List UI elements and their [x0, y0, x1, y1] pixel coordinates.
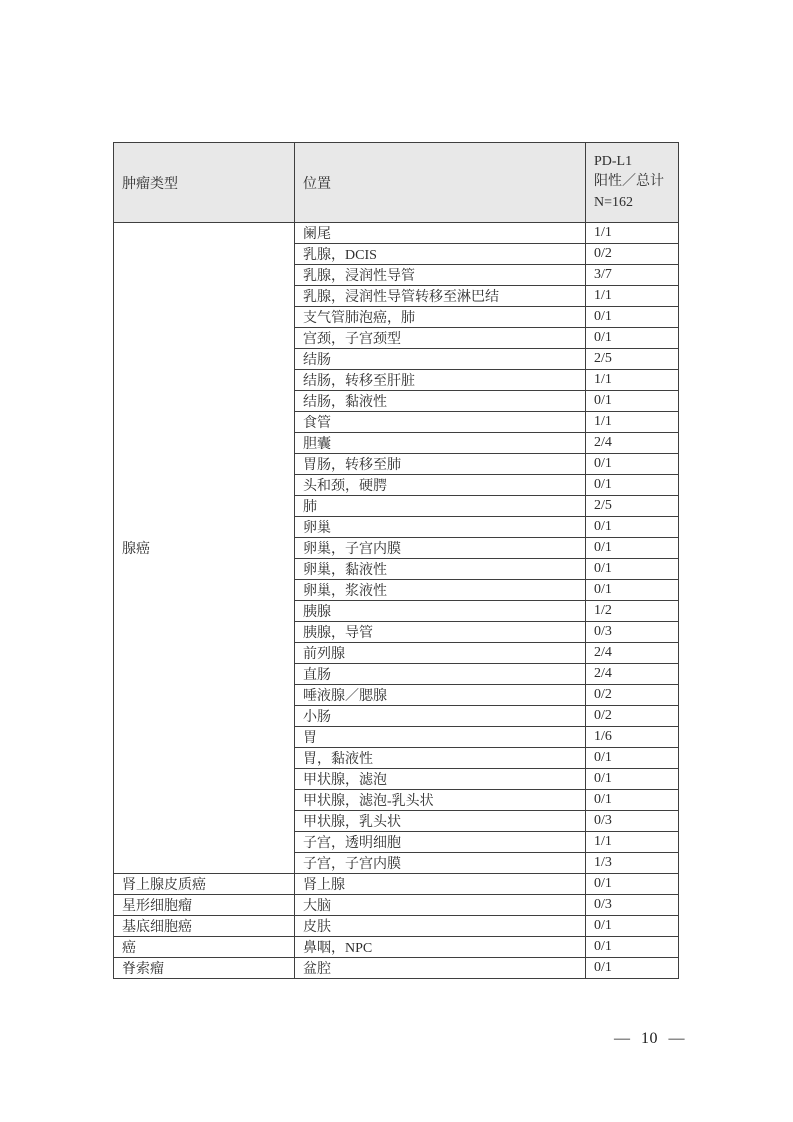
pdl1-ratio-cell: 2/4	[586, 643, 679, 664]
location-cell: 胆囊	[295, 433, 586, 454]
table-row: 基底细胞癌皮肤0/1	[114, 916, 679, 937]
pdl1-ratio-cell: 0/1	[586, 748, 679, 769]
location-cell: 胃肠，转移至肺	[295, 454, 586, 475]
pdl1-ratio-cell: 0/2	[586, 706, 679, 727]
pdl1-ratio-cell: 1/1	[586, 370, 679, 391]
location-cell: 阑尾	[295, 223, 586, 244]
location-cell: 卵巢，黏液性	[295, 559, 586, 580]
pdl1-ratio-cell: 2/5	[586, 496, 679, 517]
pdl1-ratio-cell: 0/1	[586, 580, 679, 601]
location-cell: 胃	[295, 727, 586, 748]
pdl1-ratio-cell: 1/1	[586, 832, 679, 853]
pdl1-ratio-cell: 3/7	[586, 265, 679, 286]
location-cell: 胃，黏液性	[295, 748, 586, 769]
pdl1-ratio-cell: 2/4	[586, 664, 679, 685]
location-cell: 前列腺	[295, 643, 586, 664]
table-body: 腺癌阑尾1/1乳腺，DCIS0/2乳腺，浸润性导管3/7乳腺，浸润性导管转移至淋…	[114, 223, 679, 979]
location-cell: 乳腺，DCIS	[295, 244, 586, 265]
location-cell: 小肠	[295, 706, 586, 727]
tumor-type-cell: 癌	[114, 937, 295, 958]
location-cell: 子宫，子宫内膜	[295, 853, 586, 874]
pdl1-ratio-cell: 1/1	[586, 412, 679, 433]
location-cell: 肺	[295, 496, 586, 517]
location-cell: 鼻咽，NPC	[295, 937, 586, 958]
document-page: 肿瘤类型 位置 PD-L1 阳性／总计 N=162 腺癌阑尾1/1乳腺，DCIS…	[0, 0, 793, 1122]
tumor-type-cell: 肾上腺皮质癌	[114, 874, 295, 895]
location-cell: 胰腺	[295, 601, 586, 622]
pdl1-ratio-cell: 0/1	[586, 391, 679, 412]
pdl1-ratio-cell: 2/4	[586, 433, 679, 454]
location-cell: 唾液腺／腮腺	[295, 685, 586, 706]
pdl1-ratio-cell: 0/1	[586, 559, 679, 580]
pdl1-results-table: 肿瘤类型 位置 PD-L1 阳性／总计 N=162 腺癌阑尾1/1乳腺，DCIS…	[113, 142, 679, 979]
pdl1-ratio-cell: 0/3	[586, 622, 679, 643]
pdl1-ratio-cell: 0/1	[586, 517, 679, 538]
pdl1-ratio-cell: 0/1	[586, 916, 679, 937]
location-cell: 甲状腺，滤泡-乳头状	[295, 790, 586, 811]
col-header-location: 位置	[295, 143, 586, 223]
location-cell: 结肠，转移至肝脏	[295, 370, 586, 391]
table-row: 癌鼻咽，NPC0/1	[114, 937, 679, 958]
pdl1-ratio-cell: 0/1	[586, 958, 679, 979]
page-number: — 10 —	[614, 1030, 685, 1048]
header-row: 肿瘤类型 位置 PD-L1 阳性／总计 N=162	[114, 143, 679, 223]
table-header: 肿瘤类型 位置 PD-L1 阳性／总计 N=162	[114, 143, 679, 223]
location-cell: 乳腺，浸润性导管转移至淋巴结	[295, 286, 586, 307]
pdl1-ratio-cell: 0/1	[586, 874, 679, 895]
pdl1-ratio-cell: 1/2	[586, 601, 679, 622]
col-header-pdl1-ratio: PD-L1 阳性／总计 N=162	[586, 143, 679, 223]
location-cell: 子宫，透明细胞	[295, 832, 586, 853]
location-cell: 胰腺，导管	[295, 622, 586, 643]
location-cell: 结肠，黏液性	[295, 391, 586, 412]
location-cell: 食管	[295, 412, 586, 433]
pdl1-ratio-cell: 0/1	[586, 538, 679, 559]
pdl1-ratio-cell: 0/1	[586, 328, 679, 349]
location-cell: 卵巢，子宫内膜	[295, 538, 586, 559]
location-cell: 大脑	[295, 895, 586, 916]
location-cell: 直肠	[295, 664, 586, 685]
location-cell: 皮肤	[295, 916, 586, 937]
pdl1-ratio-cell: 0/2	[586, 244, 679, 265]
pdl1-ratio-cell: 1/1	[586, 223, 679, 244]
tumor-type-cell: 星形细胞瘤	[114, 895, 295, 916]
tumor-type-cell: 腺癌	[114, 223, 295, 874]
location-cell: 甲状腺，乳头状	[295, 811, 586, 832]
location-cell: 盆腔	[295, 958, 586, 979]
table-row: 脊索瘤盆腔0/1	[114, 958, 679, 979]
col-header-tumor-type: 肿瘤类型	[114, 143, 295, 223]
pdl1-ratio-cell: 0/1	[586, 769, 679, 790]
pdl1-ratio-cell: 0/1	[586, 937, 679, 958]
pdl1-ratio-cell: 2/5	[586, 349, 679, 370]
pdl1-ratio-cell: 0/1	[586, 790, 679, 811]
location-cell: 肾上腺	[295, 874, 586, 895]
location-cell: 结肠	[295, 349, 586, 370]
location-cell: 卵巢	[295, 517, 586, 538]
pdl1-ratio-cell: 0/3	[586, 811, 679, 832]
location-cell: 乳腺，浸润性导管	[295, 265, 586, 286]
pdl1-ratio-cell: 1/6	[586, 727, 679, 748]
location-cell: 支气管肺泡癌，肺	[295, 307, 586, 328]
location-cell: 卵巢，浆液性	[295, 580, 586, 601]
location-cell: 甲状腺，滤泡	[295, 769, 586, 790]
tumor-type-cell: 基底细胞癌	[114, 916, 295, 937]
pdl1-ratio-cell: 0/1	[586, 307, 679, 328]
location-cell: 头和颈，硬腭	[295, 475, 586, 496]
location-cell: 宫颈，子宫颈型	[295, 328, 586, 349]
pdl1-ratio-cell: 1/1	[586, 286, 679, 307]
table-row: 腺癌阑尾1/1	[114, 223, 679, 244]
pdl1-ratio-cell: 1/3	[586, 853, 679, 874]
pdl1-ratio-cell: 0/1	[586, 454, 679, 475]
pdl1-ratio-cell: 0/3	[586, 895, 679, 916]
pdl1-ratio-cell: 0/2	[586, 685, 679, 706]
table-row: 星形细胞瘤大脑0/3	[114, 895, 679, 916]
table-row: 肾上腺皮质癌肾上腺0/1	[114, 874, 679, 895]
tumor-type-cell: 脊索瘤	[114, 958, 295, 979]
pdl1-ratio-cell: 0/1	[586, 475, 679, 496]
